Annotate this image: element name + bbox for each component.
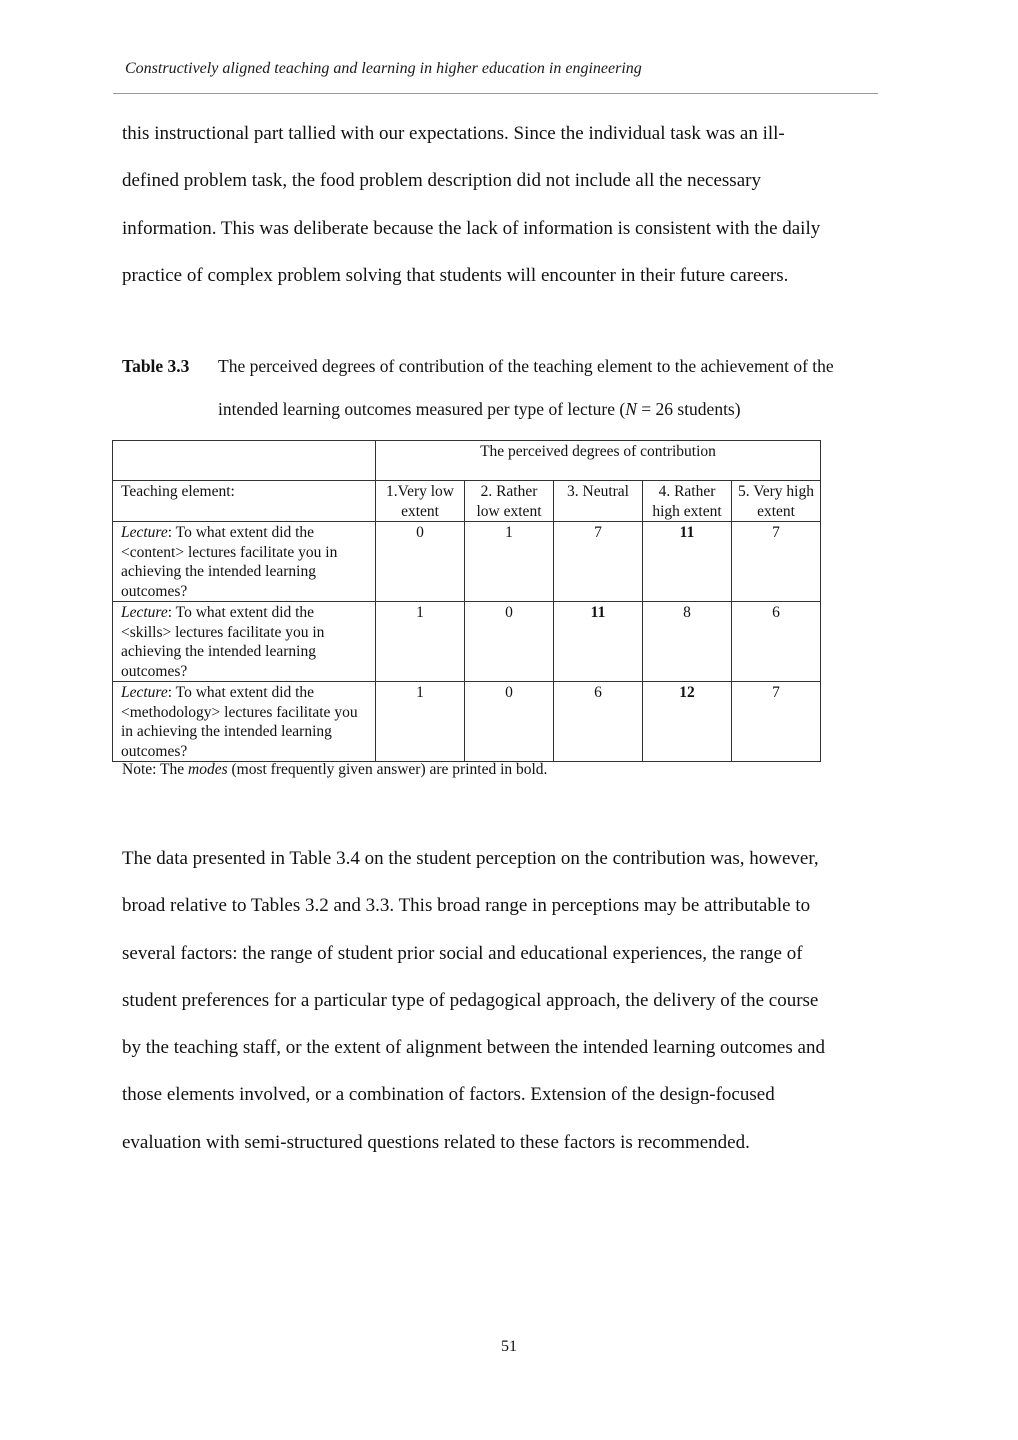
paragraph-2: The data presented in Table 3.4 on the s… [122,835,892,1166]
element-header: Teaching element: [113,481,376,522]
value-cell: 6 [732,602,821,682]
value-cell: 11 [554,602,643,682]
value-cell: 0 [465,602,554,682]
column-header: 3. Neutral [554,481,643,522]
value-cell: 1 [376,682,465,762]
value-cell: 0 [465,682,554,762]
table-label: Table 3.3 [122,345,189,388]
caption-line-1: The perceived degrees of contribution of… [218,345,834,388]
paragraph-line: broad relative to Tables 3.2 and 3.3. Th… [122,882,892,929]
paragraph-line: student preferences for a particular typ… [122,977,892,1024]
table-row: Lecture: To what extent did the <content… [113,522,821,602]
paragraph-line: by the teaching staff, or the extent of … [122,1024,892,1071]
value-cell: 7 [732,682,821,762]
running-header: Constructively aligned teaching and lear… [125,60,642,78]
page-number: 51 [0,1338,1018,1356]
table-row: Lecture: To what extent did the <skills>… [113,602,821,682]
value-cell: 1 [376,602,465,682]
value-cell: 8 [643,602,732,682]
group-header: The perceived degrees of contribution [376,441,821,481]
value-cell: 7 [554,522,643,602]
paragraph-1: this instructional part tallied with our… [122,110,892,299]
paragraph-line: defined problem task, the food problem d… [122,157,892,204]
caption-line-2: intended learning outcomes measured per … [218,388,741,431]
paragraph-line: this instructional part tallied with our… [122,110,892,157]
paragraph-line: information. This was deliberate because… [122,205,892,252]
paragraph-line: The data presented in Table 3.4 on the s… [122,835,892,882]
column-header: 1.Very low extent [376,481,465,522]
row-label: Lecture: To what extent did the <skills>… [113,602,376,682]
contribution-table: The perceived degrees of contribution Te… [112,440,821,762]
table-note: Note: The modes (most frequently given a… [122,761,547,779]
paragraph-line: practice of complex problem solving that… [122,252,892,299]
column-header: 2. Rather low extent [465,481,554,522]
paragraph-line: several factors: the range of student pr… [122,930,892,977]
table-row: Lecture: To what extent did the <methodo… [113,682,821,762]
value-cell: 0 [376,522,465,602]
value-cell: 12 [643,682,732,762]
header-rule [113,93,878,94]
row-label: Lecture: To what extent did the <content… [113,522,376,602]
column-header: 4. Rather high extent [643,481,732,522]
value-cell: 6 [554,682,643,762]
paragraph-line: those elements involved, or a combinatio… [122,1071,892,1118]
value-cell: 1 [465,522,554,602]
empty-header-cell [113,441,376,481]
paragraph-line: evaluation with semi-structured question… [122,1119,892,1166]
row-label: Lecture: To what extent did the <methodo… [113,682,376,762]
value-cell: 11 [643,522,732,602]
value-cell: 7 [732,522,821,602]
column-header: 5. Very high extent [732,481,821,522]
